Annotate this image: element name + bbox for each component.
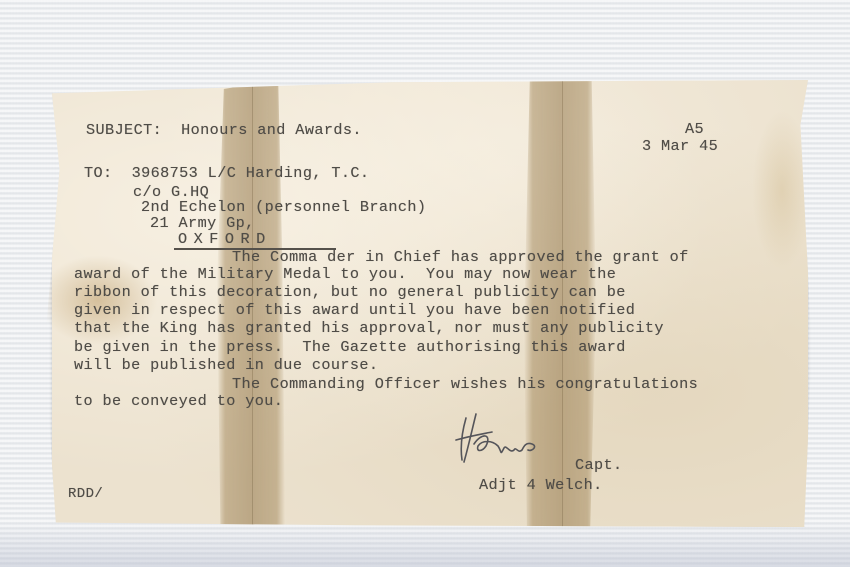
typist-initials: RDD/ <box>68 487 103 501</box>
body-line: to be conveyed to you. <box>74 394 283 409</box>
body-line: The Commanding Officer wishes his congra… <box>232 377 698 392</box>
body-line: ribbon of this decoration, but no genera… <box>74 285 626 300</box>
body-line: will be published in due course. <box>74 358 378 373</box>
body-line: given in respect of this award until you… <box>74 303 635 318</box>
body-line: The Comma der in Chief has approved the … <box>232 250 689 265</box>
signatory-rank: Capt. <box>575 458 623 473</box>
signatory-title: Adjt 4 Welch. <box>479 478 603 493</box>
body-line: that the King has granted his approval, … <box>74 321 664 336</box>
subject-line: SUBJECT: Honours and Awards. <box>86 123 362 138</box>
address-line: 2nd Echelon (personnel Branch) <box>141 200 426 215</box>
cloth-background <box>0 522 850 567</box>
handwritten-signature <box>452 410 562 470</box>
address-city: OXFORD <box>178 232 272 247</box>
recipient-line: TO: 3968753 L/C Harding, T.C. <box>84 166 369 181</box>
address-line: 21 Army Gp, <box>150 216 255 231</box>
letter-date: 3 Mar 45 <box>642 139 718 154</box>
letter-paper: SUBJECT: Honours and Awards. A5 3 Mar 45… <box>52 80 808 527</box>
body-line: be given in the press. The Gazette autho… <box>74 340 626 355</box>
water-stain <box>752 110 812 270</box>
body-line: award of the Military Medal to you. You … <box>74 267 616 282</box>
reference-code: A5 <box>685 122 704 137</box>
